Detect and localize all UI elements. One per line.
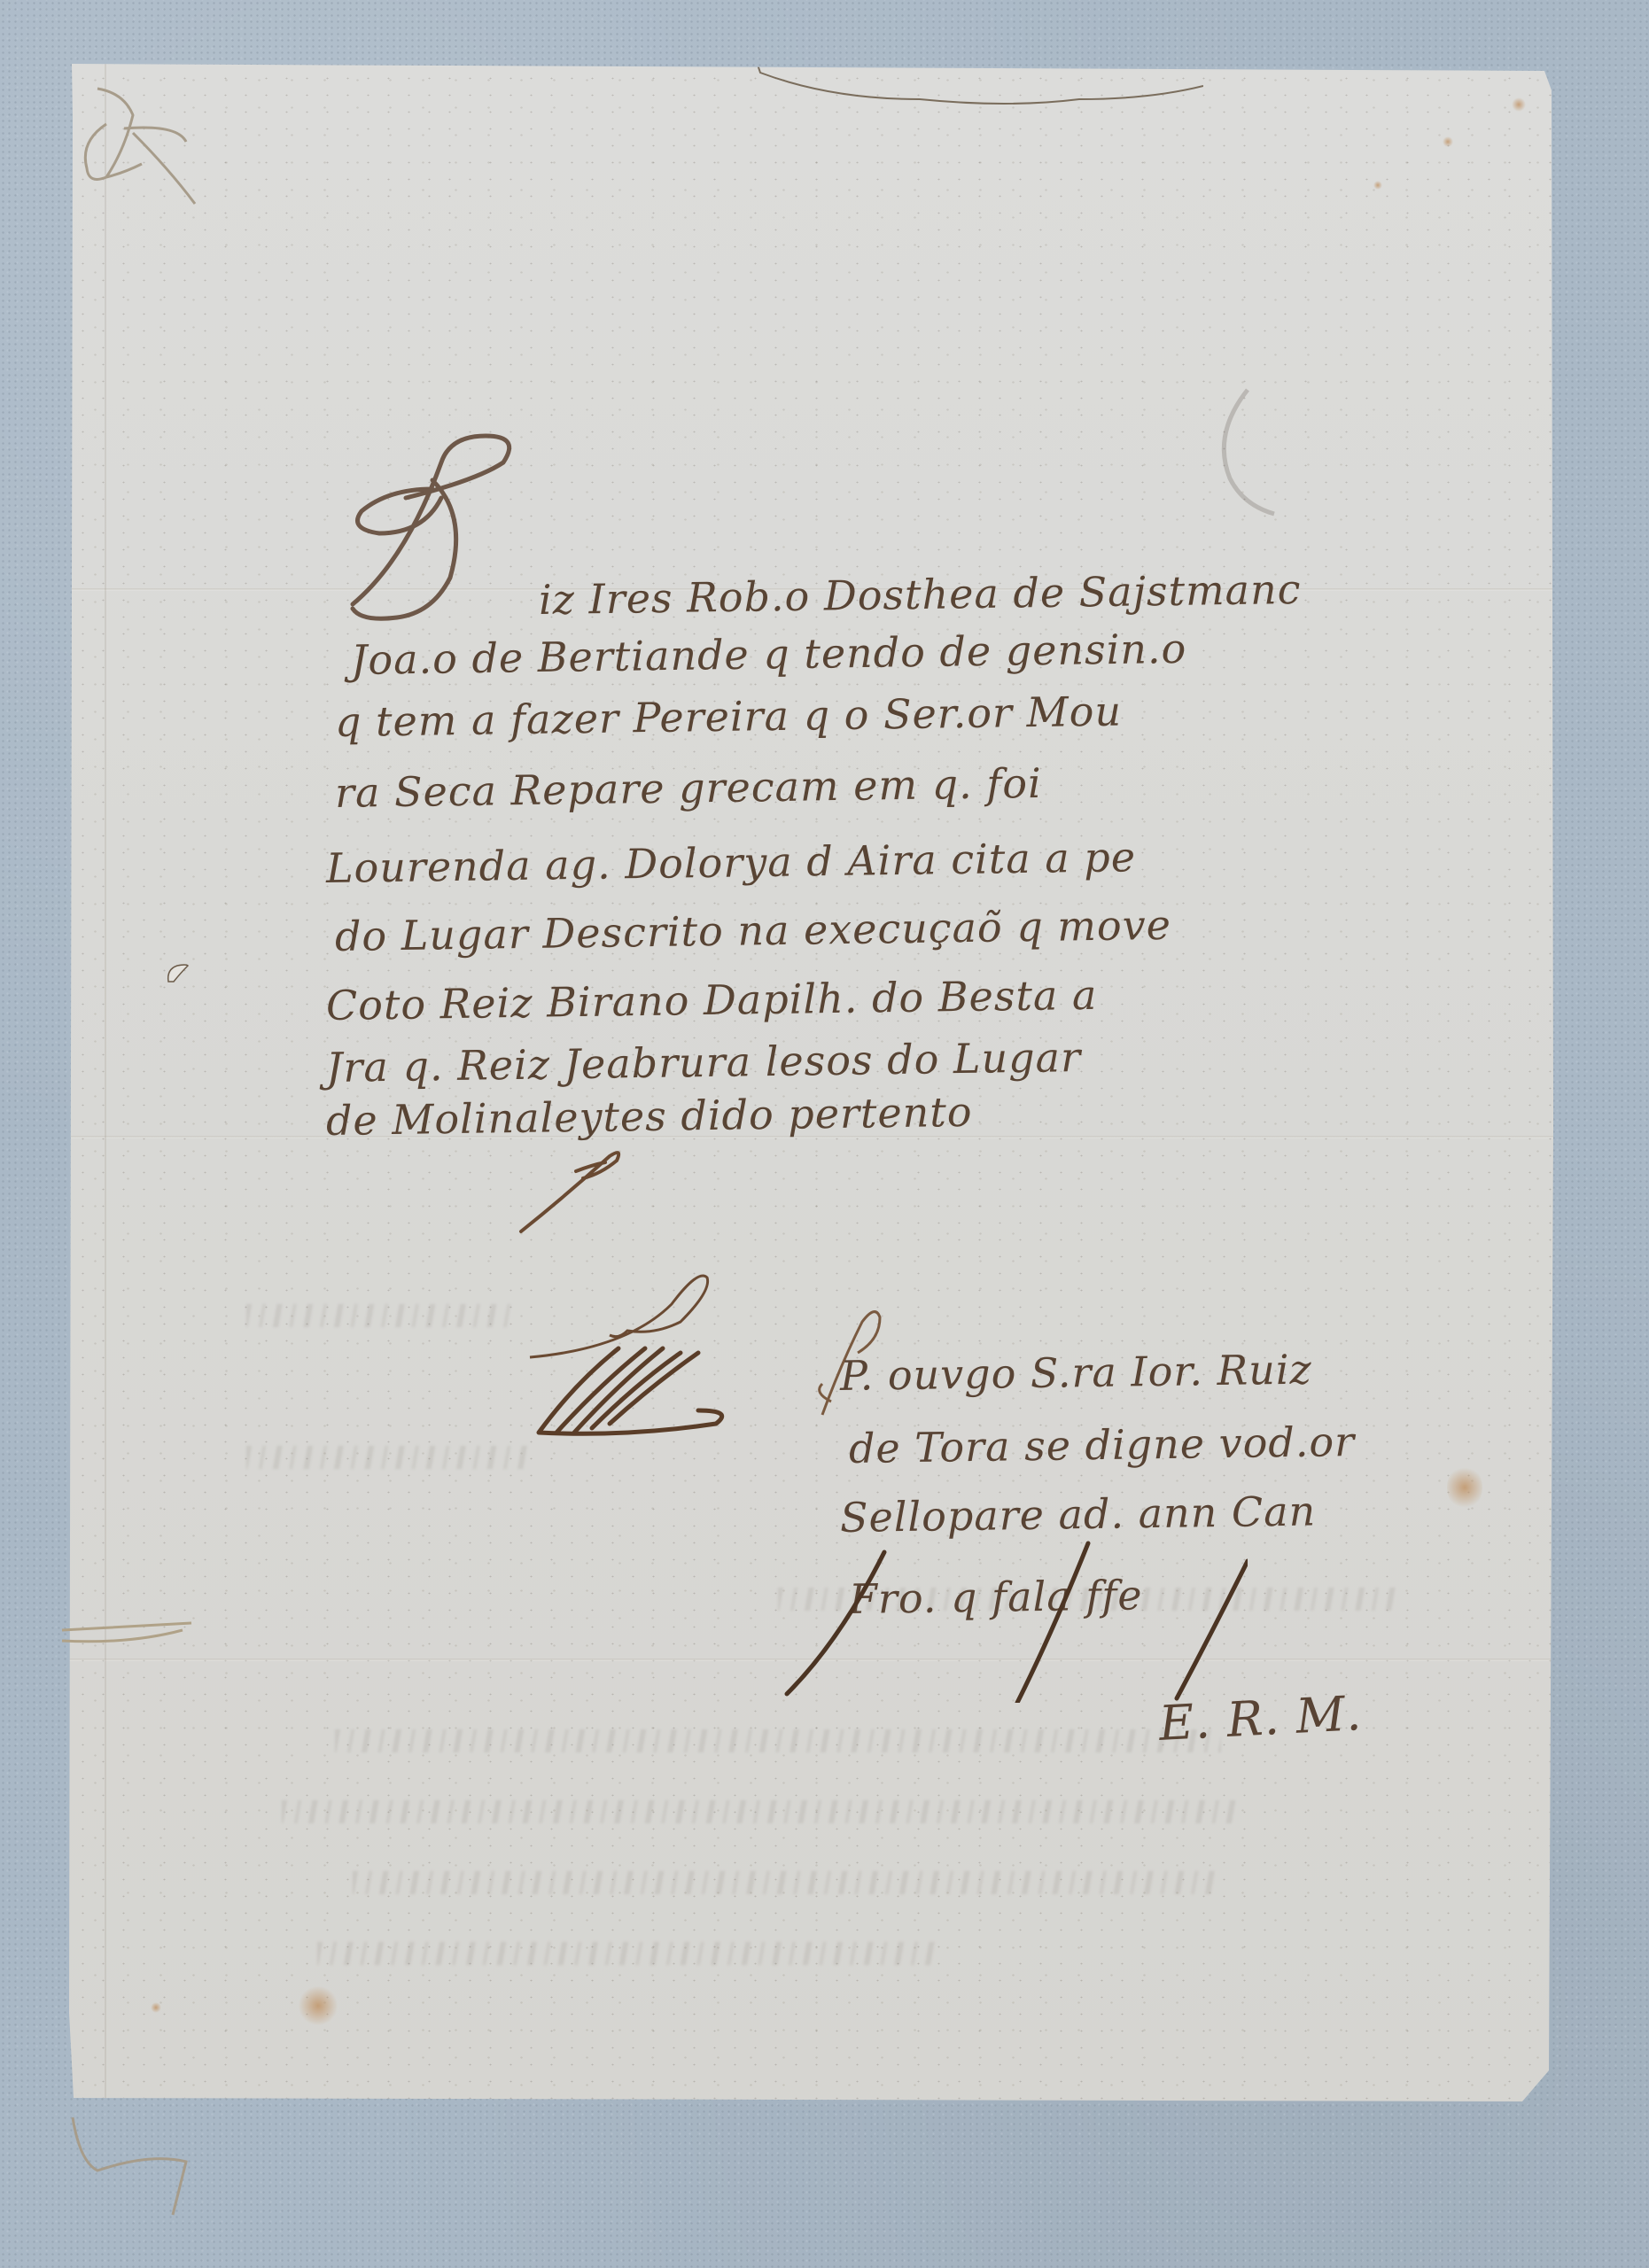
manuscript-line: Joa.o de Bertiande q tendo de gensin.o: [351, 628, 1187, 680]
foxing-stain: [298, 1986, 338, 2025]
binding-thread: [71, 80, 213, 230]
foxing-stain: [151, 2002, 161, 2013]
descender-strokes: [751, 1526, 1248, 1703]
fold-line-vertical: [105, 64, 106, 2101]
bleed-through-text: [353, 1871, 1221, 1894]
manuscript-line: Jra q. Reiz Jeabrura lesos do Lugar: [326, 1037, 1082, 1088]
manuscript-line: do Lugar Descrito na execuçaõ q move: [335, 905, 1172, 957]
petition-line: de Tora se digne vod.or: [849, 1421, 1356, 1469]
closing-p-flourish: [512, 1143, 636, 1240]
manuscript-sheet: iz Ires Rob.o Dosthea de Sajstmanc Joa.o…: [69, 64, 1553, 2101]
torn-edge: [743, 37, 1203, 108]
closing-signature: E. R. M.: [1157, 1685, 1363, 1751]
foxing-stain: [1447, 1465, 1482, 1510]
foxing-stain: [1512, 97, 1526, 112]
manuscript-line: q tem a fazer Pereira q o Ser.or Mou: [335, 691, 1123, 742]
bleed-through-text: [317, 1942, 937, 1965]
manuscript-line: iz Ires Rob.o Dosthea de Sajstmanc: [539, 569, 1302, 620]
opening-initial-flourish: [299, 427, 565, 640]
binding-thread: [58, 1621, 200, 1657]
manuscript-line: de Molinaleytes dido pertento: [326, 1091, 973, 1141]
bleed-through-text: [246, 1446, 530, 1469]
foxing-stain: [1373, 181, 1382, 190]
manuscript-line: Coto Reiz Birano Dapilh. do Besta a: [326, 975, 1098, 1026]
petition-line: P. ouvgo S.ra Ior. Ruiz: [840, 1349, 1312, 1396]
bleed-through-text: [282, 1800, 1239, 1823]
foxing-stain: [1443, 136, 1453, 147]
faint-pencil-arc: [1194, 381, 1283, 523]
petitioner-rubric-signature: [521, 1251, 778, 1446]
bleed-through-text: [335, 1729, 1221, 1752]
bleed-through-text: [246, 1304, 512, 1327]
manuscript-line: Lourenda ag. Dolorya d Aira cita a pe: [326, 836, 1137, 889]
binding-thread: [62, 2109, 204, 2224]
manuscript-line: ra Seca Repare grecam em q. foi: [335, 763, 1042, 813]
paper-tear: [165, 960, 191, 987]
